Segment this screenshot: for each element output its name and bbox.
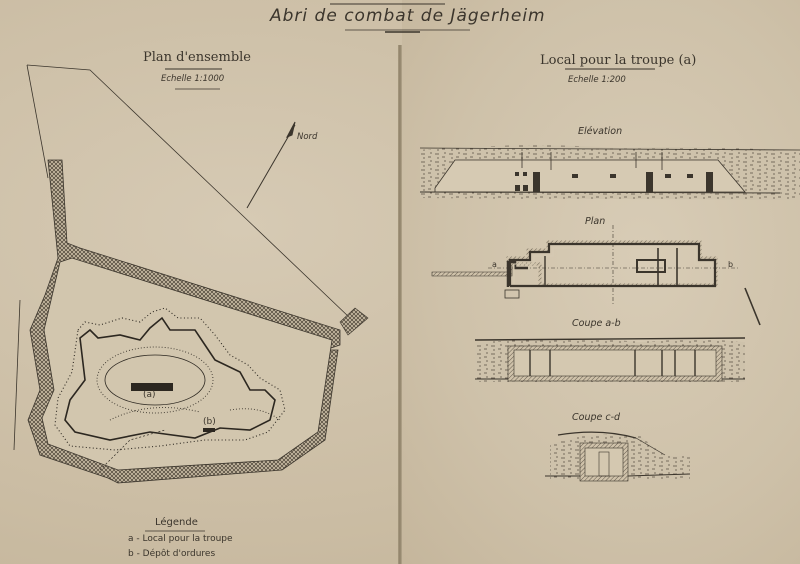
overview-plan-heading: Plan d'ensemble — [143, 50, 251, 65]
marker-a: (a) — [143, 390, 156, 400]
perimeter-wall — [28, 158, 368, 484]
section-ab-caption: Coupe a-b — [572, 318, 621, 329]
elevation-view — [420, 145, 800, 200]
troop-room-scale: Echelle 1:200 — [568, 75, 626, 85]
plan-view — [432, 242, 760, 325]
legend-item-a: a - Local pour la troupe — [128, 534, 233, 544]
drawing-canvas — [0, 0, 800, 564]
section-cd-caption: Coupe c-d — [572, 412, 620, 423]
page-title: Abri de combat de Jägerheim — [270, 6, 546, 26]
overview-scale: Echelle 1:1000 — [161, 74, 224, 84]
plan-mark-b: b — [728, 260, 733, 269]
section-cd-view — [545, 432, 690, 481]
marker-b: (b) — [203, 417, 216, 427]
legend-item-b: b - Dépôt d'ordures — [128, 549, 215, 559]
plan-mark-a: a — [492, 260, 497, 269]
troop-room-heading: Local pour la troupe (a) — [540, 53, 696, 68]
legend-title: Légende — [155, 517, 198, 528]
section-ab-view — [475, 338, 745, 382]
refuse-depot-marker — [203, 428, 215, 432]
plan-caption: Plan — [585, 216, 605, 227]
north-label: Nord — [297, 132, 317, 142]
north-arrow-icon — [247, 122, 295, 208]
elevation-caption: Elévation — [578, 126, 622, 137]
